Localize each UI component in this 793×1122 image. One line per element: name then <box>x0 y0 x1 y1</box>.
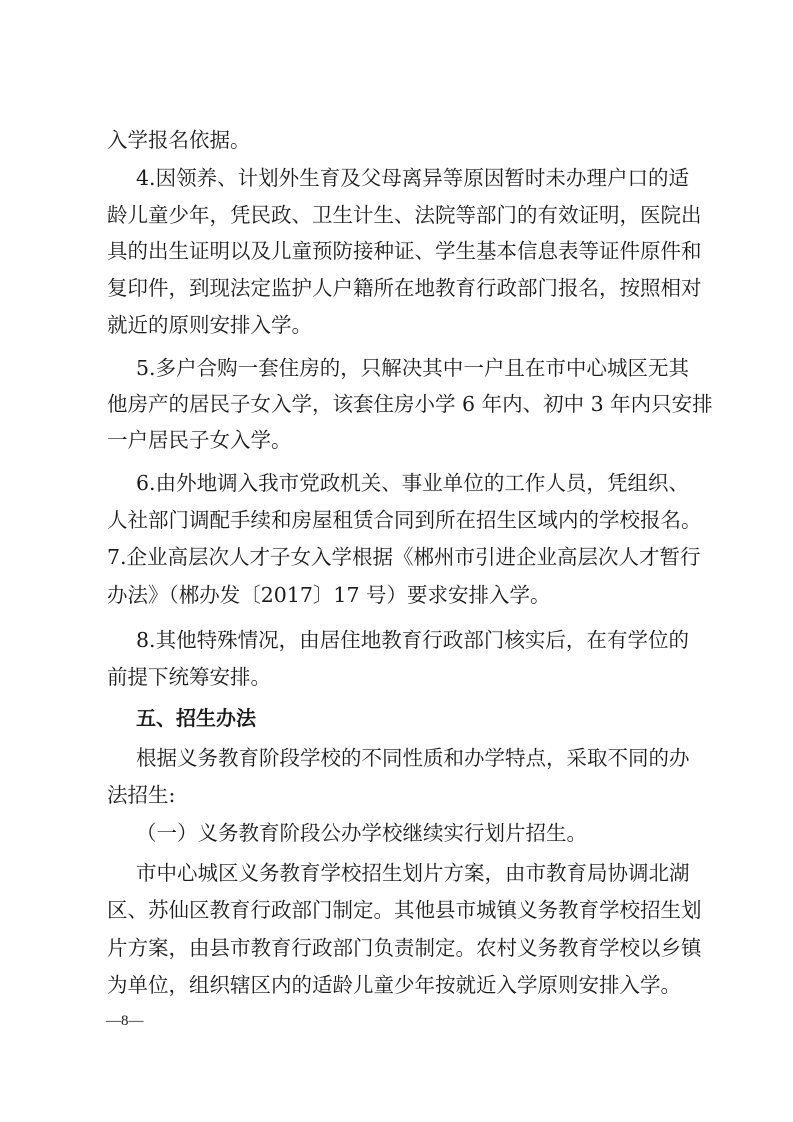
text-line: 他房产的居民子女入学，该套住房小学 6 年内、初中 3 年内只安排 <box>107 389 689 419</box>
text-line: 5.多户合购一套住房的，只解决其中一户且在市中心城区无其 <box>136 353 689 383</box>
text-line: 人社部门调配手续和房屋租赁合同到所在招生区域内的学校报名。 <box>107 505 689 535</box>
text-line: 区、苏仙区教育行政部门制定。其他县市城镇义务教育学校招生划 <box>107 895 689 925</box>
page-number: —8— <box>106 1011 144 1031</box>
text-line: 8.其他特殊情况，由居住地教育行政部门核实后，在有学位的 <box>136 625 689 655</box>
text-line: 法招生: <box>107 780 689 810</box>
text-line: 就近的原则安排入学。 <box>107 310 689 340</box>
text-line: 前提下统筹安排。 <box>107 662 689 692</box>
document-page: 入学报名依据。4.因领养、计划外生育及父母离异等原因暂时未办理户口的适龄儿童少年… <box>0 0 793 1122</box>
text-line: 具的出生证明以及儿童预防接种证、学生基本信息表等证件原件和 <box>107 236 689 266</box>
text-line: 片方案，由县市教育行政部门负责制定。农村义务教育学校以乡镇 <box>107 933 689 963</box>
text-line: 7.企业高层次人才子女入学根据《郴州市引进企业高层次人才暂行 <box>107 542 689 572</box>
text-line: 6.由外地调入我市党政机关、事业单位的工作人员，凭组织、 <box>136 468 689 498</box>
text-line: 入学报名依据。 <box>107 125 689 155</box>
text-line: 市中心城区义务教育学校招生划片方案，由市教育局协调北湖 <box>136 858 689 888</box>
text-line: 办法》（郴办发〔2017〕17 号）要求安排入学。 <box>107 580 689 610</box>
text-line: 为单位，组织辖区内的适龄儿童少年按就近入学原则安排入学。 <box>107 970 689 1000</box>
text-line: 4.因领养、计划外生育及父母离异等原因暂时未办理户口的适 <box>136 163 689 193</box>
text-line: 复印件，到现法定监护人户籍所在地教育行政部门报名，按照相对 <box>107 273 689 303</box>
text-line: （一）义务教育阶段公办学校继续实行划片招生。 <box>136 818 689 848</box>
text-line: 一户居民子女入学。 <box>107 425 689 455</box>
section-heading: 五、招生办法 <box>136 703 689 733</box>
text-line: 龄儿童少年，凭民政、卫生计生、法院等部门的有效证明，医院出 <box>107 200 689 230</box>
text-line: 根据义务教育阶段学校的不同性质和办学特点，采取不同的办 <box>136 743 689 773</box>
